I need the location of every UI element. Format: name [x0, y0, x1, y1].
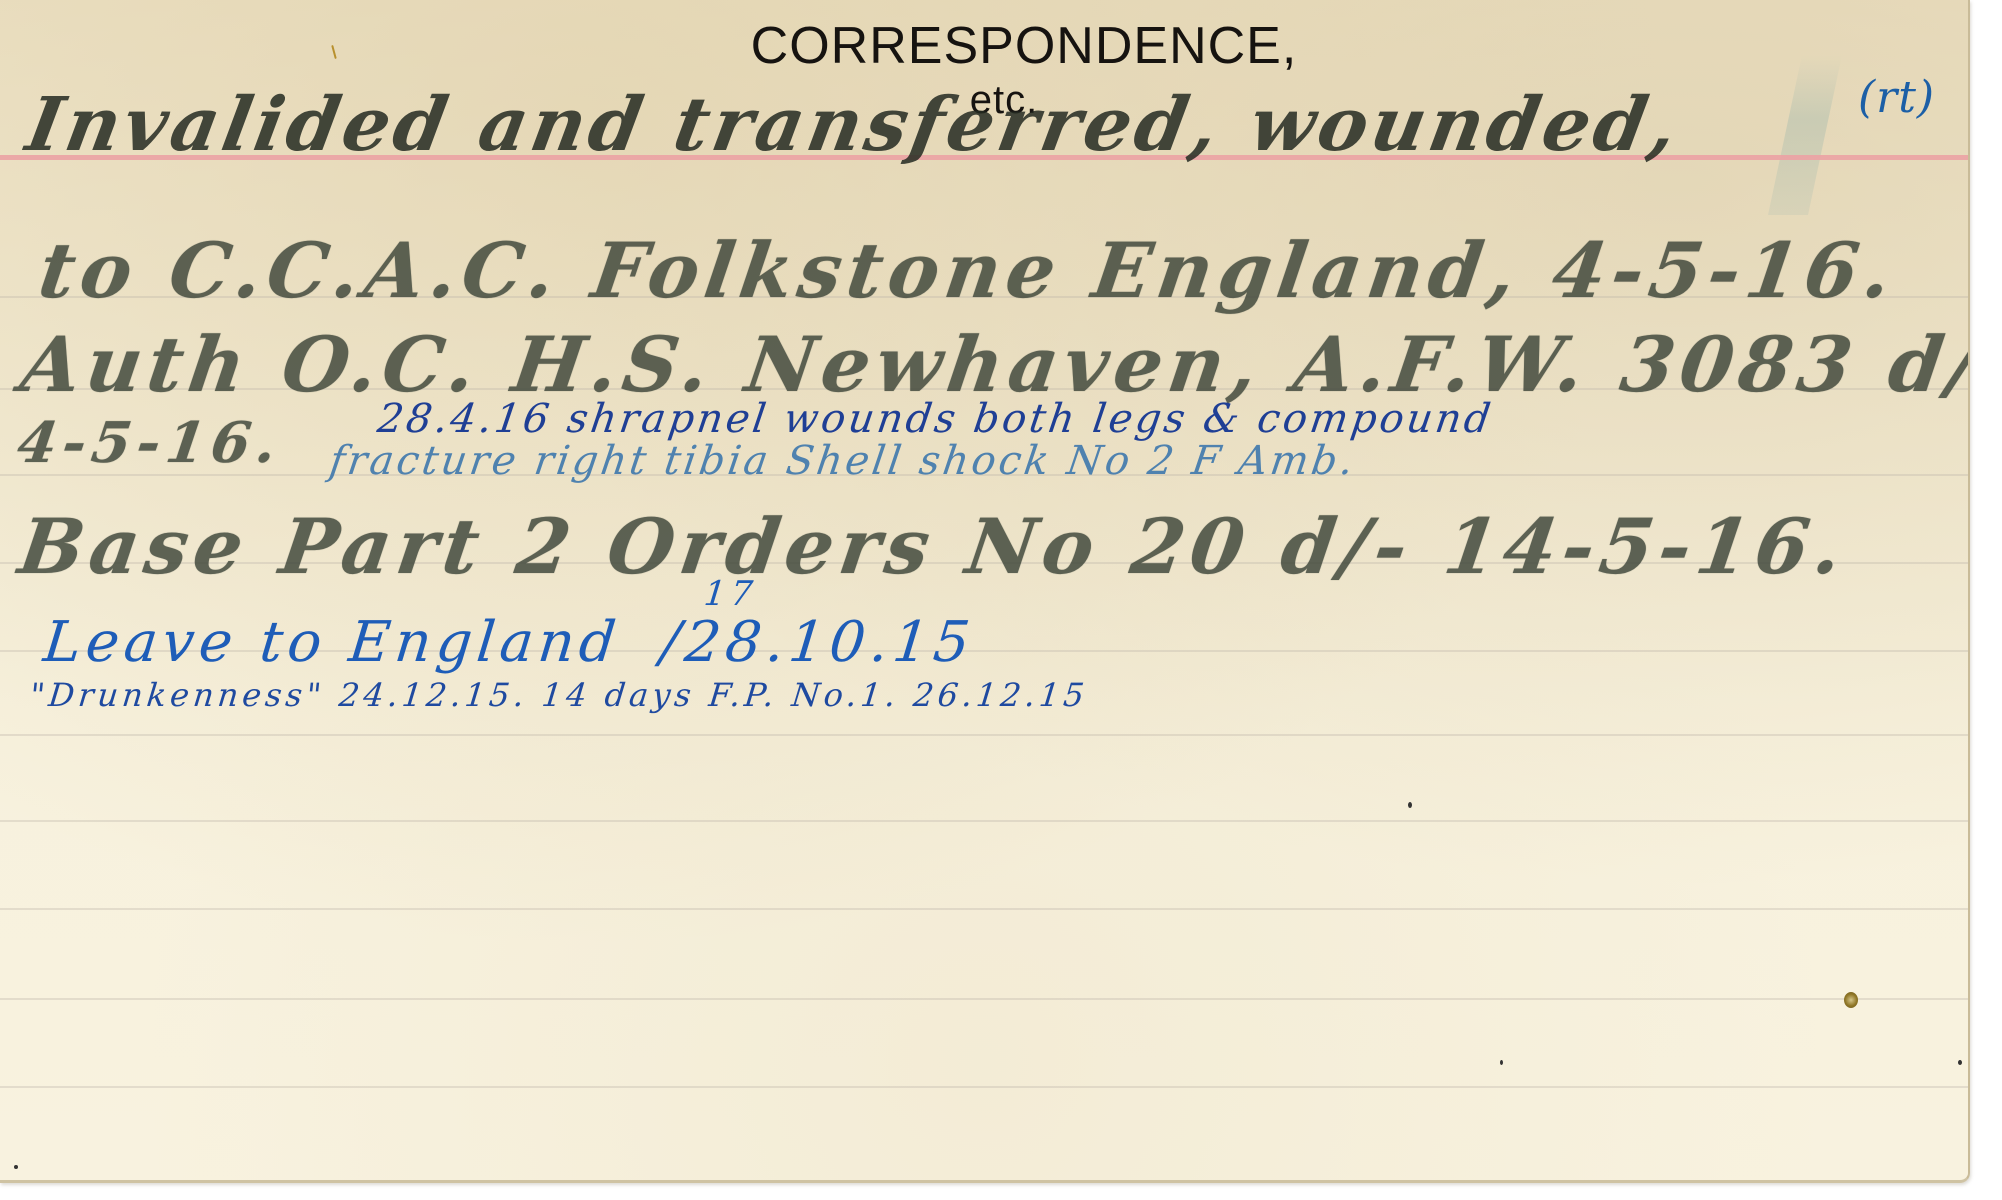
ruled-line: [0, 908, 1968, 910]
paper-speck: [1408, 802, 1412, 808]
entry-invalided: Invalided and transferred, wounded,: [20, 82, 1687, 168]
entry-leave-england: Leave to England 17 /28.10.15: [41, 610, 978, 675]
leave-date-superscript: 17: [702, 574, 759, 614]
ruled-line: [0, 820, 1968, 822]
entry-wound-note-upper: 28.4.16 shrapnel wounds both legs & comp…: [375, 396, 1496, 442]
entry-wound-note-lower: fracture right tibia Shell shock No 2 F …: [327, 438, 1359, 484]
ruled-line: [0, 734, 1968, 736]
paper-speck: [1500, 1060, 1503, 1065]
service-record-card: CORRESPONDENCE, etc. Invalided and trans…: [0, 0, 1970, 1183]
paper-speck: [14, 1165, 18, 1169]
leave-date: /28.10.15: [658, 610, 978, 675]
paper-speck: [1958, 1060, 1962, 1065]
card-heading: CORRESPONDENCE,: [0, 16, 1970, 76]
ruled-line: [0, 998, 1968, 1000]
entry-date-4-5-16: 4-5-16.: [13, 410, 286, 476]
entry-transfer-folkstone: to C.C.A.C. Folkstone England, 4-5-16.: [34, 226, 1903, 315]
entry-drunkenness: "Drunkenness" 24.12.15. 14 days F.P. No.…: [28, 676, 1090, 714]
ruled-line: [0, 1086, 1968, 1088]
entry-base-orders: Base Part 2 Orders No 20 d/- 14-5-16.: [14, 502, 1854, 591]
leave-text: Leave to England: [41, 610, 624, 675]
entry-annotation-rt: (rt): [1858, 72, 1935, 123]
rust-stain: [1844, 992, 1858, 1008]
